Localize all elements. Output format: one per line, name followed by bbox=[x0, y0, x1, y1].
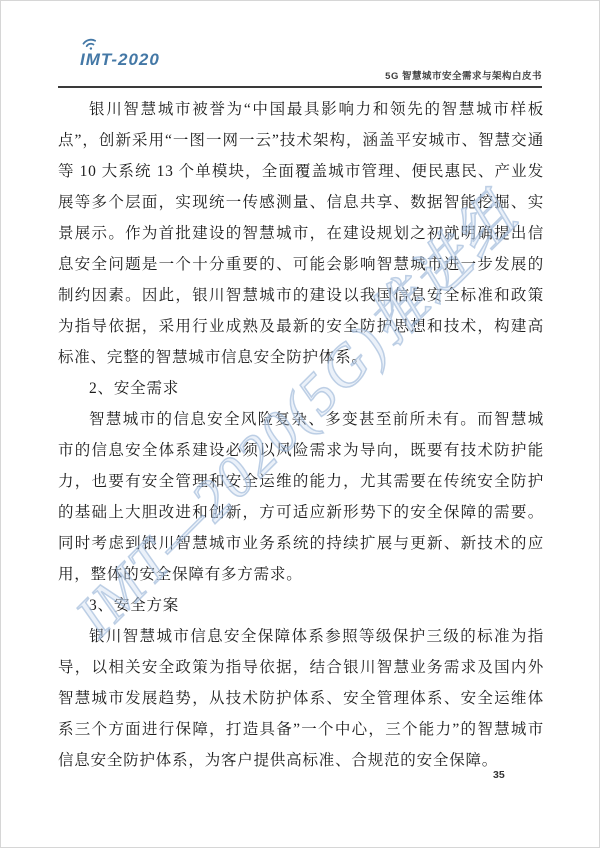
paragraph-yinchuan-overview: 银川智慧城市被誉为“中国最具影响力和领先的智慧城市样板点”，创新采用“一图一网一… bbox=[58, 94, 544, 373]
page-number: 35 bbox=[493, 769, 505, 781]
paragraph-security-solution: 银川智慧城市信息安全保障体系参照等级保护三级的标准为指导，以相关安全政策为指导依… bbox=[58, 621, 544, 776]
header-divider bbox=[58, 86, 542, 88]
paragraph-security-requirements: 智慧城市的信息安全风险复杂、多变甚至前所未有。而智慧城市的信息安全体系建设必须以… bbox=[58, 404, 544, 590]
imt-2020-logo: IMT-2020 bbox=[77, 37, 187, 73]
section-heading-security-solution: 3、安全方案 bbox=[58, 590, 544, 621]
document-body: 银川智慧城市被誉为“中国最具影响力和领先的智慧城市样板点”，创新采用“一图一网一… bbox=[58, 94, 544, 776]
logo-text: IMT-2020 bbox=[80, 50, 160, 69]
document-title-header: 5G 智慧城市安全需求与架构白皮书 bbox=[385, 68, 542, 82]
document-page: IMT-2020 5G 智慧城市安全需求与架构白皮书 IMT—2020(5G)推… bbox=[0, 0, 600, 848]
section-heading-security-requirements: 2、安全需求 bbox=[58, 373, 544, 404]
logo-graphic: IMT-2020 bbox=[77, 37, 187, 73]
